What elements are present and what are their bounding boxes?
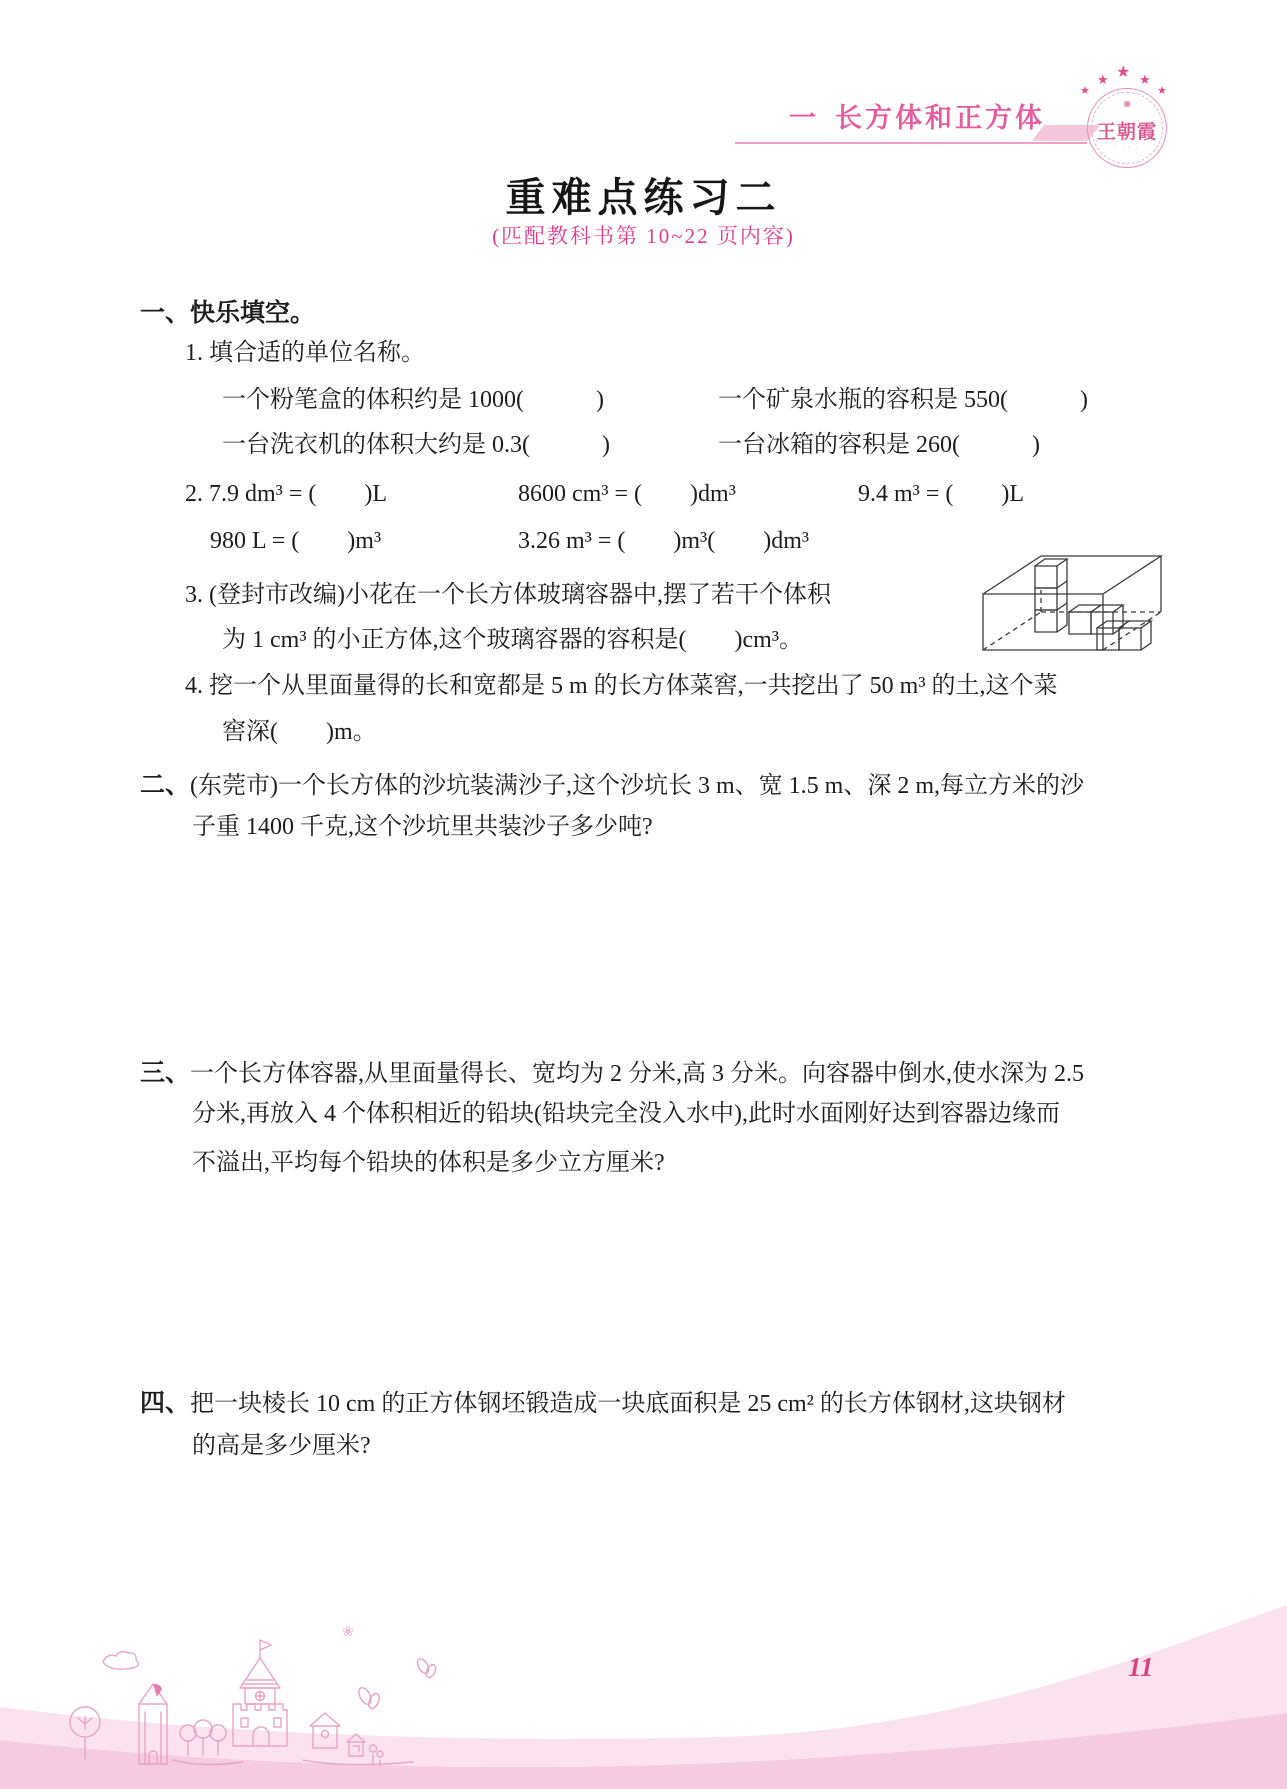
q1-row1-left: 一个粉笔盒的体积约是 1000( ) [222,385,604,415]
section-2-text1: (东莞市)一个长方体的沙坑装满沙子,这个沙坑长 3 m、宽 1.5 m、深 2 … [190,765,1084,800]
flower-icon: ❀ [342,1624,354,1641]
q1-label: 1. 填合适的单位名称。 [185,338,425,368]
q2-row2-a: 980 L = ( )m³ [210,526,381,556]
section-3-label: 三、 [140,1053,190,1089]
section-4-line2: 的高是多少厘米? [192,1431,371,1461]
q4-line2: 窖深( )m。 [222,717,377,747]
star-icon: ★ [1097,73,1109,86]
stamp-inner-ring: ✹ 王朝霞 · ·· · [1091,92,1163,164]
star-icon: ★ [1157,86,1167,97]
publisher-stamp: ★ ★ ★ ★ ★ ✹ 王朝霞 · ·· · [1078,62,1174,168]
section-3-line2: 分米,再放入 4 个体积相近的铅块(铅块完全没入水中),此时水面刚好达到容器边缘… [192,1099,1060,1129]
q2-row1-a: 2. 7.9 dm³ = ( )L [185,479,387,509]
section-1-heading: 一、快乐填空。 [140,293,315,329]
q2-row1-c: 9.4 m³ = ( )L [858,479,1024,509]
section-3-text1: 一个长方体容器,从里面量得长、宽均为 2 分米,高 3 分米。向容器中倒水,使水… [190,1053,1084,1088]
q2-row1-b: 8600 cm³ = ( )dm³ [518,479,736,509]
page-title: 重难点练习二 [0,166,1287,223]
section-3-line3: 不溢出,平均每个铅块的体积是多少立方厘米? [192,1148,665,1178]
footer-line-art [55,1634,485,1786]
unit-header: 一长方体和正方体 [700,96,1045,135]
star-icon: ★ [1139,73,1151,86]
page-number: 11 [1128,1652,1154,1683]
star-icon: ★ [1116,65,1130,81]
q4-line1: 4. 挖一个从里面量得的长和宽都是 5 m 的长方体菜窖,一共挖出了 50 m³… [185,671,1058,701]
cube-container-diagram [975,532,1170,660]
cloud-sketch [103,1652,138,1670]
section-2-line1: 二、(东莞市)一个长方体的沙坑装满沙子,这个沙坑长 3 m、宽 1.5 m、深 … [140,765,1084,801]
q1-row2-left: 一台洗衣机的体积大约是 0.3( ) [222,430,610,460]
q1-row2-right: 一台冰箱的容积是 260( ) [718,430,1040,460]
section-2-label: 二、 [140,765,190,801]
stamp-dots-decoration: · ·· · [1092,143,1162,152]
section-3-line1: 三、一个长方体容器,从里面量得长、宽均为 2 分米,高 3 分米。向容器中倒水,… [140,1053,1084,1089]
unit-title: 长方体和正方体 [835,103,1045,133]
q3-line1: 3. (登封市改编)小花在一个长方体玻璃容器中,摆了若干个体积 [185,580,831,610]
header-underline [735,142,1087,144]
section-4-line1: 四、把一块棱长 10 cm 的正方体钢坯锻造成一块底面积是 25 cm² 的长方… [140,1383,1066,1419]
section-4-text1: 把一块棱长 10 cm 的正方体钢坯锻造成一块底面积是 25 cm² 的长方体钢… [190,1383,1066,1418]
section-2-line2: 子重 1400 千克,这个沙坑里共装沙子多少吨? [192,812,653,842]
q3-line2: 为 1 cm³ 的小正方体,这个玻璃容器的容积是( )cm³。 [222,625,803,655]
page-subtitle: (匹配教科书第 10~22 页内容) [0,220,1287,250]
stamp-circle: ✹ 王朝霞 · ·· · [1087,88,1167,168]
star-icon: ★ [1080,86,1090,97]
workbook-page: 一长方体和正方体 ★ ★ ★ ★ ★ ✹ 王朝霞 · ·· · 重难点练习二 (… [0,0,1287,1789]
stamp-name: 王朝霞 [1092,117,1162,144]
q2-row2-b: 3.26 m³ = ( )m³( )dm³ [518,526,809,556]
section-4-label: 四、 [140,1383,190,1419]
q1-row1-right: 一个矿泉水瓶的容积是 550( ) [718,385,1088,415]
unit-number: 一 [789,103,819,133]
sunburst-icon: ✹ [1092,98,1162,111]
